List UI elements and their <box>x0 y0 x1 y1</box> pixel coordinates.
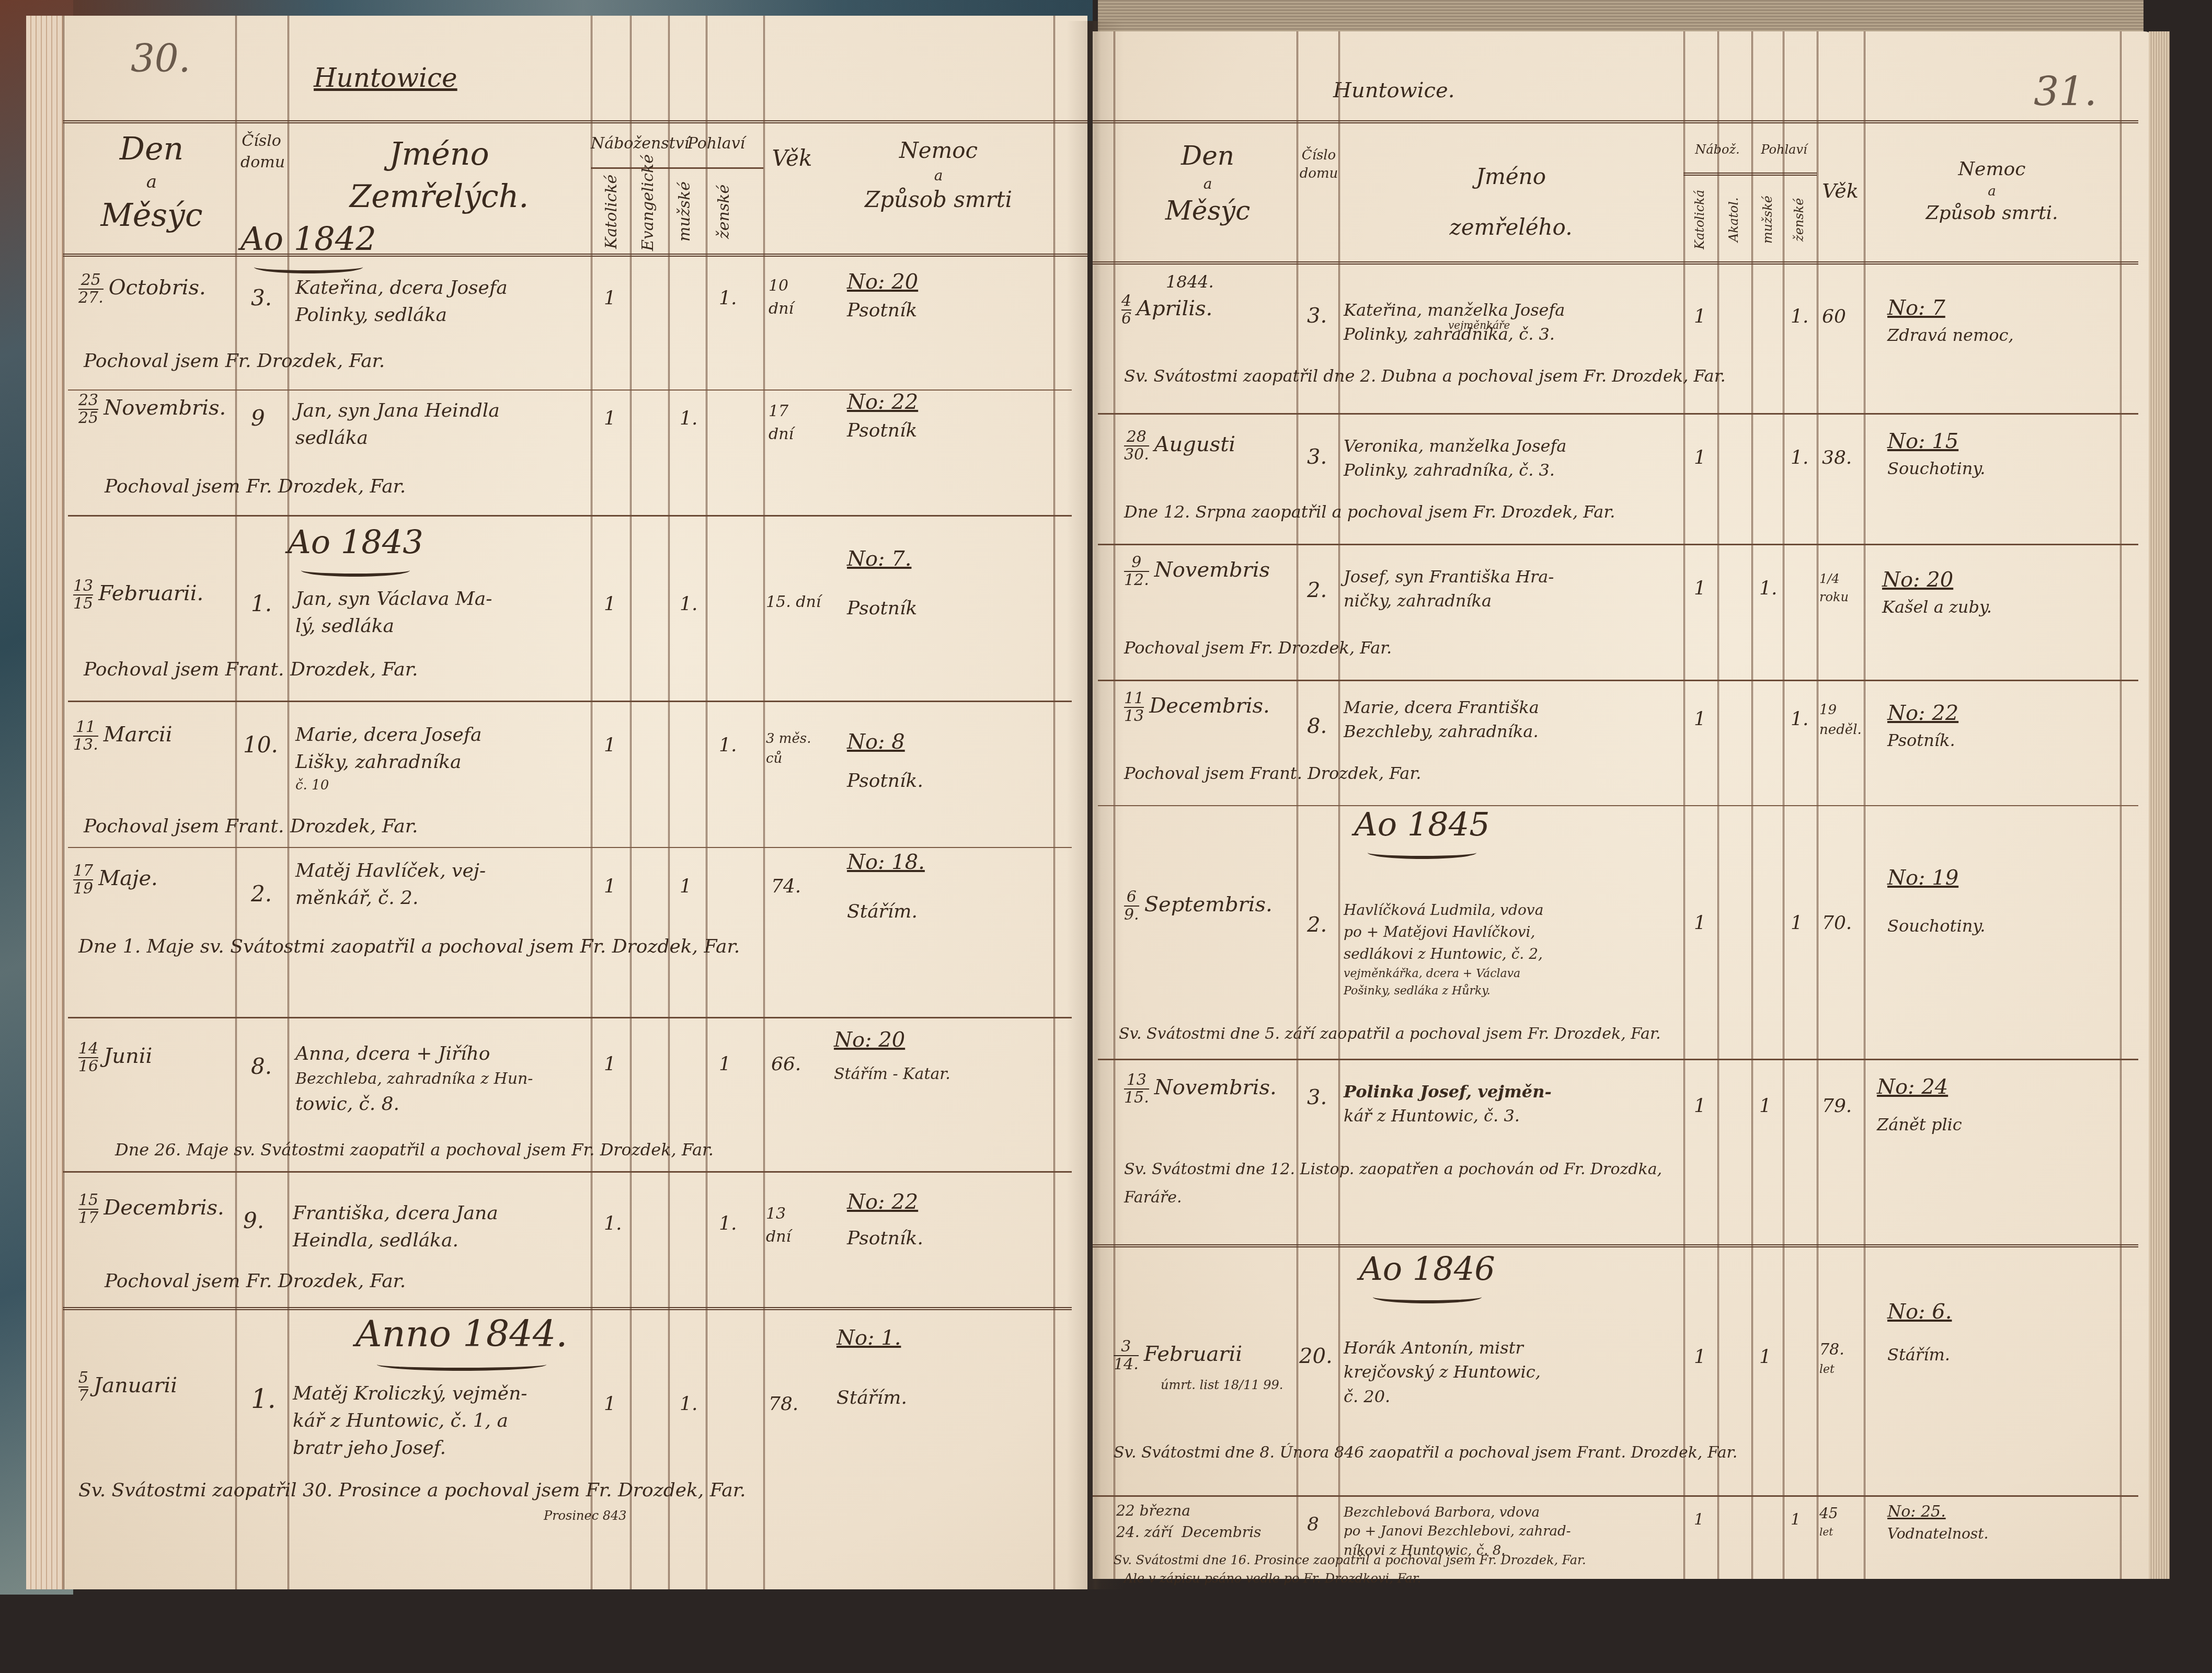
entry-name: Horák Antonín, mistrkrejčovský z Huntowi… <box>1344 1336 1541 1408</box>
entry-name: Havlíčková Ludmila, vdovapo + Matějovi H… <box>1344 899 1543 1000</box>
entry-house: 8. <box>1307 711 1327 741</box>
entry-female: 1. <box>719 732 737 759</box>
entry-cause: No: 6.Stářím. <box>1887 1297 1952 1367</box>
entry-age: 66. <box>771 1051 801 1078</box>
entry-catholic: 1 <box>1694 1093 1706 1120</box>
header-age: Věk <box>763 144 821 174</box>
entry-name: Veronika, manželka JosefaPolinky, zahrad… <box>1344 434 1566 483</box>
entry-catholic: 1 <box>1694 1508 1704 1531</box>
entry-house: 8. <box>251 1051 272 1083</box>
entry-date: 2325Novembris. <box>78 392 226 426</box>
entry-date: 2830.Augusti <box>1124 429 1235 463</box>
entry-catholic: 1 <box>604 732 616 759</box>
entry-name: Marie, dcera FrantiškaBezchleby, zahradn… <box>1344 695 1539 744</box>
entry-catholic: 1 <box>1694 706 1706 733</box>
entry-house: 9 <box>251 403 265 434</box>
header-sex: Pohlaví <box>669 133 763 155</box>
folio-number: 30. <box>131 37 191 81</box>
entry-age: 17dní <box>769 400 794 445</box>
entry-age: 1/4roku <box>1819 570 1849 606</box>
entry-catholic: 1 <box>1694 575 1706 602</box>
burial-note: Pochoval jsem Fr. Drozdek, Far. <box>105 1270 406 1292</box>
entry-house: 10. <box>243 729 278 761</box>
entry-house: 2. <box>1307 575 1327 605</box>
entry-date: 2527.Octobris. <box>78 272 206 306</box>
entry-age: 60 <box>1822 303 1846 330</box>
entry-age: 38. <box>1822 444 1852 472</box>
entry-name: Josef, syn Františka Hra-ničky, zahradní… <box>1344 565 1554 613</box>
entry-catholic: 1 <box>604 285 616 312</box>
entry-catholic: 1 <box>1694 444 1706 472</box>
entry-male: 1. <box>1759 575 1777 602</box>
entry-age: 78. <box>769 1391 798 1418</box>
burial-note: Dne 12. Srpna zaopatřil a pochoval jsem … <box>1124 502 1615 522</box>
header-akatolic: Akatol. <box>1725 180 1742 259</box>
entry-cause: No: 20Psotník <box>847 267 918 324</box>
entry-cause: No: 15Souchotiny. <box>1887 426 1985 480</box>
entry-catholic: 1. <box>604 1210 622 1237</box>
entry-date: 1517Decembris. <box>78 1192 224 1226</box>
entry-date: 1315.Novembris. <box>1124 1072 1277 1106</box>
entry-date: 314.Februarii <box>1114 1338 1242 1372</box>
entry-house: 3. <box>1307 442 1327 472</box>
entry-house: 8 <box>1307 1511 1319 1538</box>
entry-name: Anna, dcera + JiříhoBezchleba, zahradník… <box>295 1040 533 1118</box>
header-date: Den a Měsýc <box>1124 139 1291 229</box>
entry-house: 2. <box>1307 910 1327 940</box>
header-religion: Nábož. <box>1683 141 1751 158</box>
entry-name: Marie, dcera JosefaLišky, zahradníkač. 1… <box>295 721 482 796</box>
entry-cause: No: 22Psotník. <box>847 1187 923 1252</box>
year-heading-1845: Ao 1845 <box>1354 805 1490 859</box>
entry-date: 1315Februarii. <box>73 578 203 612</box>
header-age: Věk <box>1817 178 1864 204</box>
entry-age: 19neděl. <box>1819 701 1862 740</box>
entry-female: 1. <box>1791 303 1808 330</box>
entry-date: 22 března 24. září Decembris <box>1116 1500 1262 1543</box>
entry-cause: No: 20Stářím - Katar. <box>834 1025 950 1086</box>
entry-house: 3. <box>1307 301 1327 331</box>
entry-cause: No: 19Souchotiny. <box>1887 863 1985 938</box>
entry-cause: No: 7Zdravá nemoc, <box>1887 293 2014 347</box>
entry-name: Matěj Kroliczký, vejměn-kář z Huntowic, … <box>293 1380 528 1462</box>
header-name: Jméno Zemřelých. <box>293 133 586 218</box>
burial-note: Pochoval jsem Fr. Drozdek, Far. <box>84 350 385 372</box>
entry-date: 1113Decembris. <box>1124 690 1270 724</box>
village-heading: Huntowice. <box>1333 78 1454 102</box>
page-edge-top <box>1098 0 2144 31</box>
entry-catholic: 1 <box>1694 303 1706 330</box>
entry-age: 13dní <box>766 1202 791 1248</box>
entry-name: Bezchlebová Barbora, vdovapo + Janovi Be… <box>1344 1503 1571 1560</box>
entry-house: 1. <box>251 1380 276 1418</box>
entry-house: 20. <box>1299 1341 1333 1371</box>
header-catholic: Katolické <box>601 173 623 251</box>
entry-house: 2. <box>251 878 272 910</box>
entry-female: 1 <box>1791 910 1803 937</box>
entry-male: 1. <box>680 591 697 618</box>
header-name: Jménozemřelého. <box>1344 162 1678 242</box>
entry-date: 1719Maje. <box>73 863 158 897</box>
entry-female: 1. <box>719 1210 737 1237</box>
entry-date: 1416Junii <box>78 1040 152 1074</box>
entry-male: 1 <box>1759 1344 1771 1371</box>
header-religion: Náboženství <box>591 133 669 155</box>
burial-note: Sv. Svátostmi zaopatřil 30. Prosince a p… <box>78 1480 746 1501</box>
year-heading-1846: Ao 1846 <box>1359 1250 1495 1303</box>
entry-cause: No: 8Psotník. <box>847 727 923 795</box>
entry-female: 1. <box>719 285 737 312</box>
burial-note: Pochoval jsem Fr. Drozdek, Far. <box>1124 638 1392 658</box>
entry-age: 45let <box>1819 1503 1838 1540</box>
burial-note: Pochoval jsem Frant. Drozdek, Far. <box>84 659 418 680</box>
entry-age: 70. <box>1822 910 1852 937</box>
entry-house: 1. <box>251 588 272 620</box>
header-cause: Nemoc a Způsob smrti <box>826 136 1051 215</box>
entry-catholic: 1 <box>604 591 616 618</box>
entry-date: 1113.Marcii <box>73 719 173 753</box>
burial-note: Sv. Svátostmi dne 8. Února 846 zaopatřil… <box>1114 1438 1741 1468</box>
entry-name: Jan, syn Jana Heindlasedláka <box>295 397 500 452</box>
entry-female: 1. <box>1791 444 1808 472</box>
year-heading-1844: Anno 1844. <box>356 1312 568 1371</box>
entry-male: 1 <box>1759 1093 1771 1120</box>
entry-name: Františka, dcera JanaHeindla, sedláka. <box>293 1200 498 1254</box>
entry-name: Kateřina, dcera JosefaPolinky, sedláka <box>295 274 508 329</box>
entry-date: 912.Novembris <box>1124 554 1270 588</box>
entry-female: 1. <box>1791 706 1808 733</box>
entry-catholic: 1 <box>1694 1344 1706 1371</box>
burial-note: Sv. Svátostmi dne 5. září zaopatřil a po… <box>1119 1025 1661 1043</box>
header-sex: Pohlaví <box>1751 141 1817 158</box>
burial-note: Dne 1. Maje sv. Svátostmi zaopatřil a po… <box>78 936 740 957</box>
entry-house: 3. <box>251 282 272 314</box>
burial-note: Sv. Svátostmi dne 16. Prosince zaopatřil… <box>1114 1553 1586 1567</box>
entry-age: 3 měs.ců <box>766 729 811 769</box>
entry-age: 15. dní <box>766 591 821 614</box>
entry-female: 1 <box>1791 1508 1801 1531</box>
entry-catholic: 1 <box>604 1051 616 1078</box>
entry-cause: No: 25.Vodnatelnost. <box>1887 1500 1988 1544</box>
entry-name: Jan, syn Václava Ma-lý, sedláka <box>295 586 492 640</box>
entry-date: 69.Septembris. <box>1124 889 1273 923</box>
death-cert-note: úmrt. list 18/11 99. <box>1161 1378 1283 1392</box>
header-male: mužské <box>1759 180 1776 259</box>
entry-house: 3. <box>1307 1082 1327 1113</box>
folio-number: 31. <box>2034 68 2097 114</box>
header-date: Den a Měsýc <box>73 128 230 237</box>
year-note-1844: 1844. <box>1166 272 1214 292</box>
header-male: mužské <box>674 173 696 251</box>
entry-catholic: 1 <box>1694 910 1706 937</box>
year-heading-1842: Ao 1842 <box>240 220 376 273</box>
entry-age: 74. <box>771 873 801 900</box>
right-page: Huntowice. 31. Den a Měsýc Číslodomu Jmé… <box>1093 31 2159 1579</box>
entry-cause: No: 22Psotník. <box>1887 698 1958 752</box>
burial-subnote: Prosinec 843 <box>544 1508 627 1523</box>
entry-cause: No: 7.Psotník <box>847 544 917 622</box>
entry-name: Polinka Josef, vejměn-kář z Huntowic, č.… <box>1344 1080 1552 1128</box>
entry-male: 1. <box>680 1391 697 1418</box>
header-house: Číslodomu <box>1299 146 1338 183</box>
entry-cause: No: 24Zánět plic <box>1877 1072 1962 1137</box>
village-heading: Huntowice <box>314 63 457 93</box>
entry-catholic: 1 <box>604 405 616 432</box>
header-evangelical: Evangelické <box>638 173 659 251</box>
header-catholic: Katolická <box>1691 180 1708 259</box>
year-heading-1843: Ao 1843 <box>288 523 423 577</box>
burial-note-2: Ale v zápisu psáno vedle po Fr. Drozdkov… <box>1124 1571 1421 1586</box>
entry-cause: No: 22Psotník <box>847 387 918 444</box>
entry-age: 10dní <box>769 274 794 320</box>
entry-house: 9. <box>243 1205 264 1237</box>
entry-male: 1 <box>680 873 692 900</box>
entry-cause: No: 1.Stářím. <box>836 1323 907 1412</box>
entry-cause: No: 18.Stářím. <box>847 847 925 925</box>
burial-note: Dne 26. Maje sv. Svátostmi zaopatřil a p… <box>115 1140 714 1160</box>
page-stack-right <box>2149 31 2170 1579</box>
entry-male: 1. <box>680 405 697 432</box>
name-insert: vejměnkáře <box>1448 319 1510 331</box>
entry-cause: No: 20Kašel a zuby. <box>1882 565 1992 619</box>
left-page: 30. Huntowice Den a Měsýc Číslo domu Jmé… <box>63 16 1087 1589</box>
entry-name: Matěj Havlíček, vej-měnkář, č. 2. <box>295 857 486 912</box>
burial-note: Pochoval jsem Fr. Drozdek, Far. <box>105 476 406 497</box>
header-female: ženské <box>714 173 735 251</box>
burial-note: Sv. Svátostmi dne 12. Listop. zaopatřen … <box>1124 1155 1699 1212</box>
entry-catholic: 1 <box>604 1391 616 1418</box>
entry-catholic: 1 <box>604 873 616 900</box>
burial-note: Pochoval jsem Frant. Drozdek, Far. <box>84 816 418 837</box>
entry-age: 78.let <box>1819 1338 1844 1378</box>
header-female: ženské <box>1791 180 1807 259</box>
header-house: Číslo domu <box>240 131 282 173</box>
burial-note: Pochoval jsem Frant. Drozdek, Far. <box>1124 763 1421 783</box>
burial-note: Sv. Svátostmi zaopatřil dne 2. Dubna a p… <box>1124 366 1726 386</box>
entry-age: 79. <box>1822 1093 1852 1120</box>
entry-date: 57Januarii <box>78 1370 177 1404</box>
entry-date: 46Aprilis. <box>1121 293 1212 327</box>
entry-female: 1 <box>719 1051 731 1078</box>
header-cause: NemocaZpůsob smrti. <box>1866 157 2117 226</box>
